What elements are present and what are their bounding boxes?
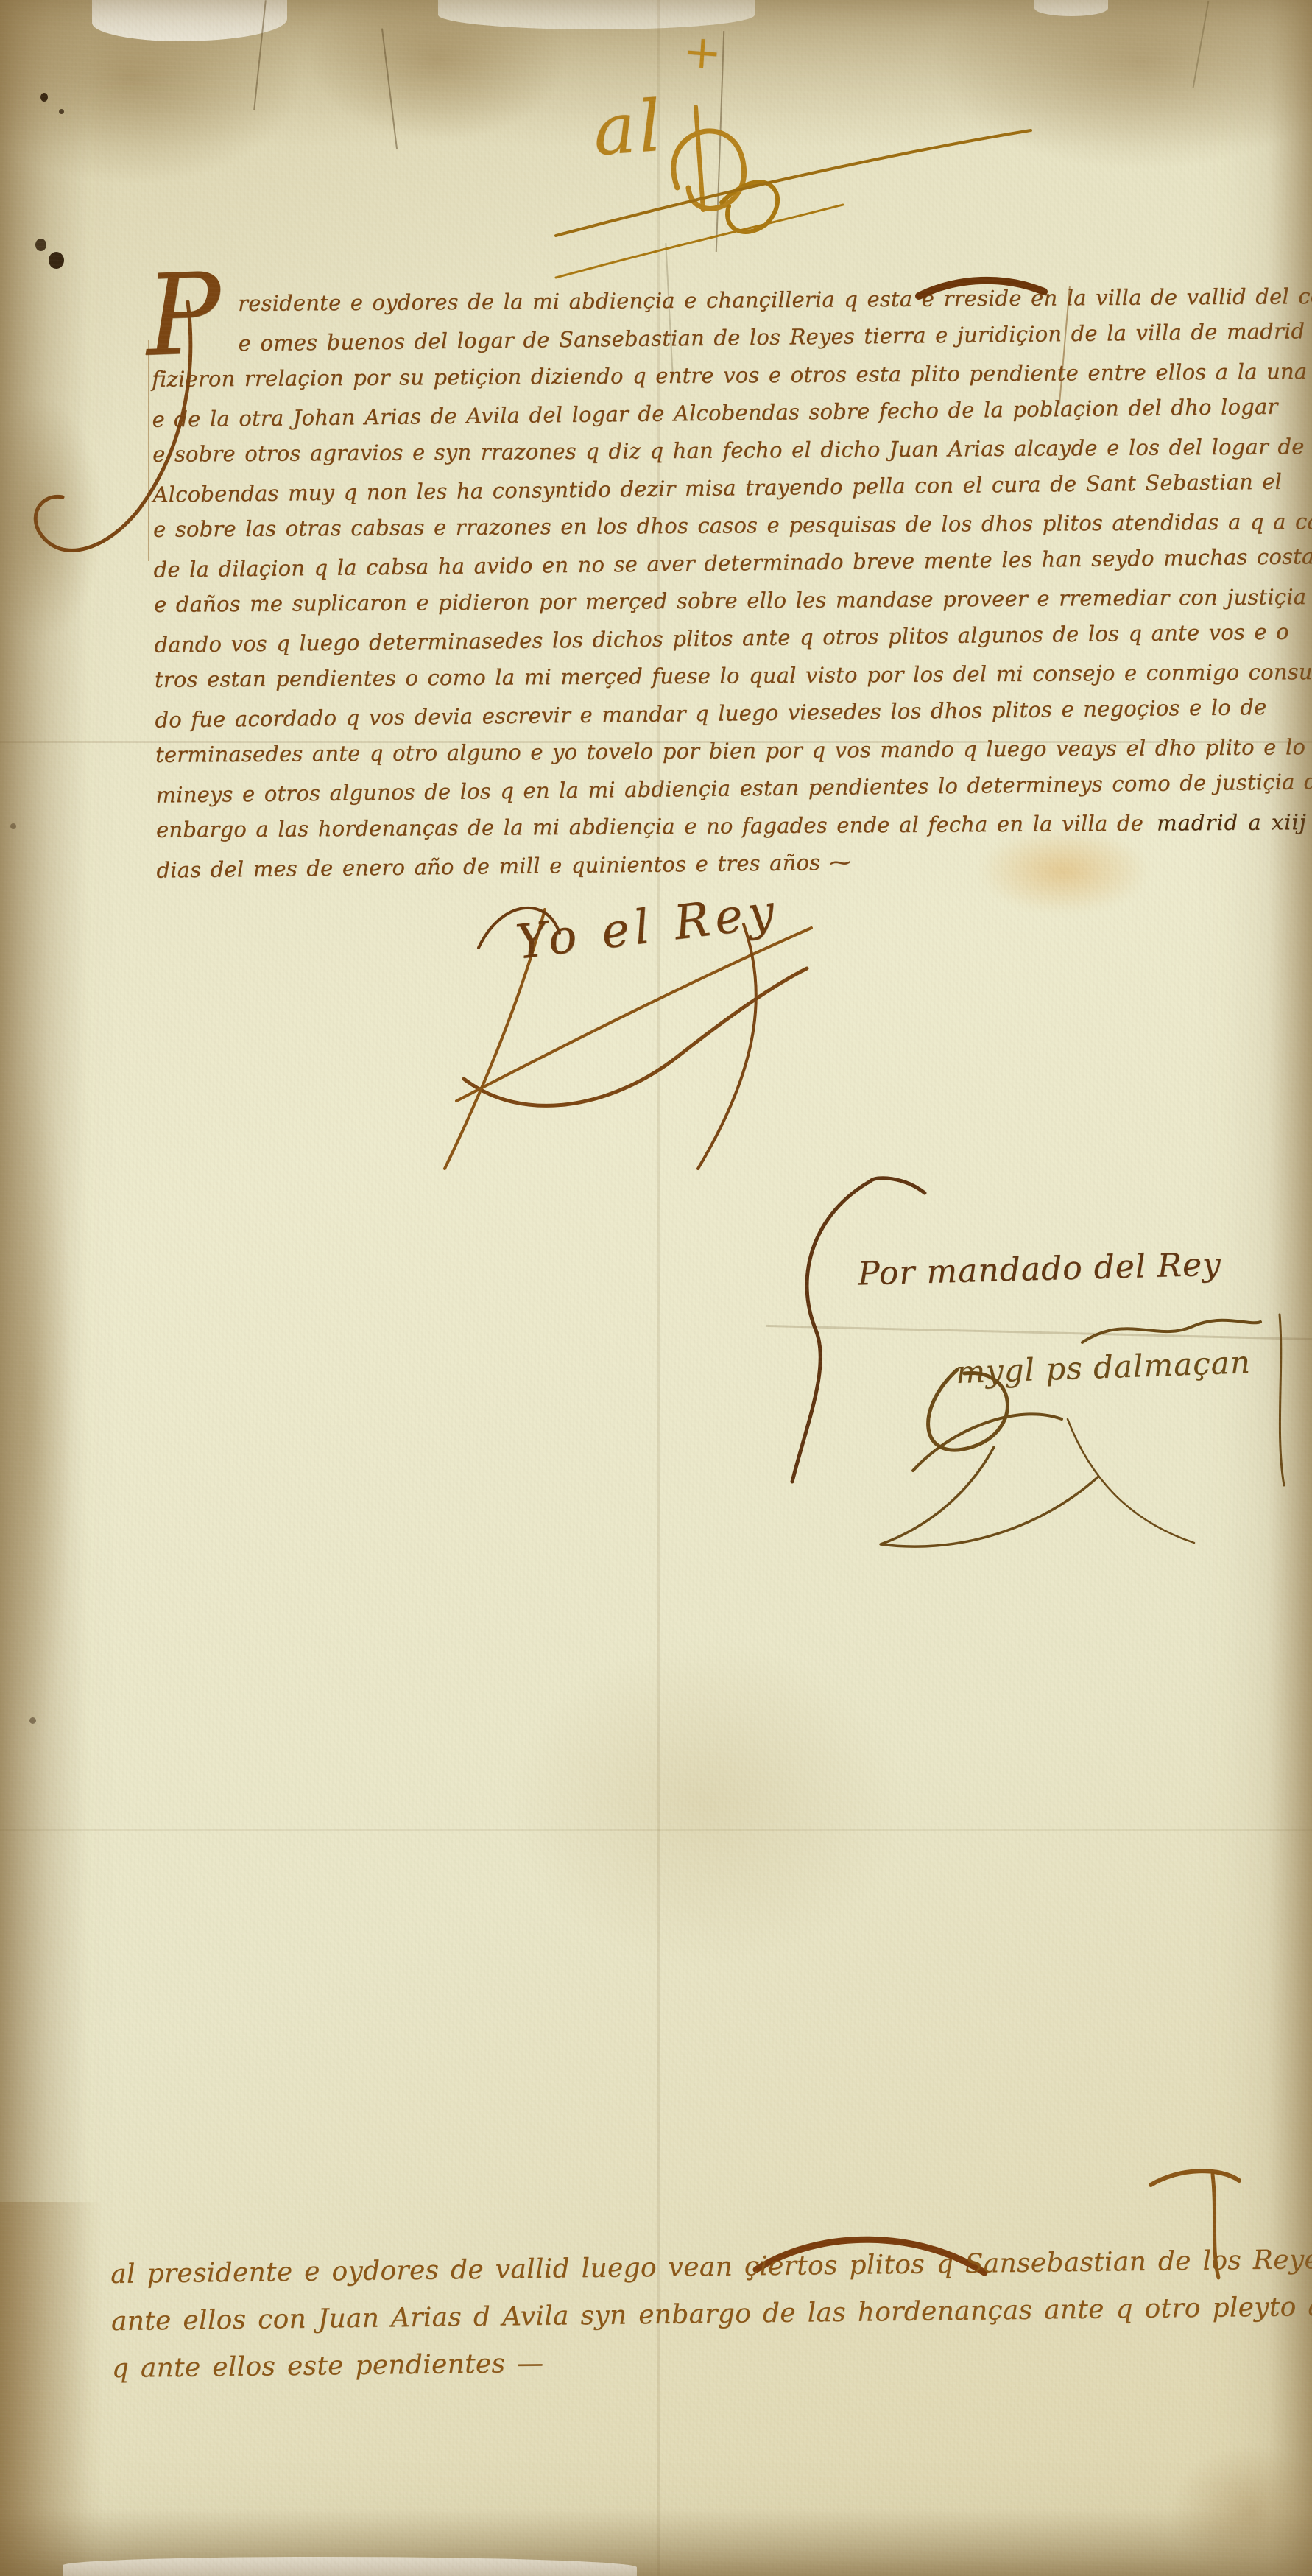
paper-stain (1171, 2445, 1312, 2576)
address-mark: al (590, 85, 667, 172)
paper-stain (309, 0, 567, 140)
countersign-order: Por mandado del Rey (857, 1246, 1221, 1293)
paper-stain (0, 398, 103, 641)
paper-stain (0, 0, 88, 2576)
cross-mark: + (682, 24, 724, 80)
date-place-added: madrid a xiij (1157, 809, 1307, 835)
ink-spot (10, 823, 16, 829)
secretary-signature: mygl ps dalmaçan (955, 1344, 1251, 1390)
ink-spot (49, 252, 64, 269)
docket-block: al presidente e oydores de vallid luego … (110, 2245, 1290, 2401)
paper-stain (0, 1053, 74, 1760)
paper-tear (1034, 0, 1108, 16)
ink-spot (59, 109, 64, 114)
ink-spot (40, 93, 48, 102)
paper-tear (92, 0, 287, 41)
secretary-flourish (847, 1300, 1303, 1550)
paper-stain (508, 1642, 906, 1966)
paper-crack (381, 28, 398, 149)
countersign-bracket (780, 1171, 942, 1488)
paper-crack (1193, 1, 1210, 88)
paper-stain (935, 0, 1312, 169)
fold-line (0, 1829, 1312, 1831)
ink-spot (29, 1717, 36, 1724)
manuscript-page: + al P residente e oydores de la mi abdi… (0, 0, 1312, 2576)
paper-stain (0, 0, 302, 184)
paper-stain (0, 2202, 103, 2576)
paper-crack (253, 0, 267, 110)
fold-line (766, 1325, 1312, 1340)
royal-signature: Yo el Rey (513, 884, 783, 970)
paper-stain (0, 2510, 1312, 2576)
letter-body: residente e oydores de la mi abdiençia e… (151, 282, 1305, 894)
paper-tear (63, 2557, 637, 2576)
ink-spot (35, 239, 46, 251)
